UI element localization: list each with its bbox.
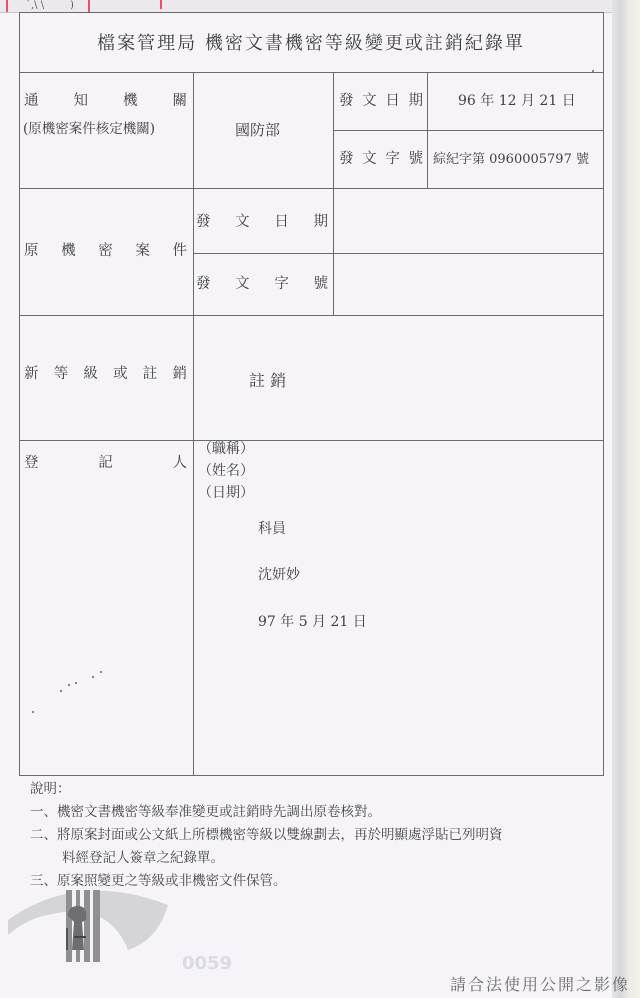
label-char: 號 <box>313 277 328 292</box>
new-level-label: 新 等 級 或 註 銷 <box>24 367 187 382</box>
label-char: 文 <box>235 215 250 230</box>
original-issue-date-label: 發 文 日 期 <box>196 215 328 230</box>
handwriting-fragment: ) <box>70 0 74 11</box>
column-divider <box>193 72 194 776</box>
label-char: 密 <box>98 244 113 259</box>
label-char: 期 <box>313 215 328 230</box>
label-char: 原 <box>24 244 39 259</box>
registrar-field-title-label: （職稱） <box>198 442 254 456</box>
note-item: 二、將原案封面或公文紙上所標機密等級以雙線劃去，再於明顯處浮貼已列明資 <box>30 824 503 847</box>
registrar-title-value: 科員 <box>258 522 286 536</box>
scan-speck <box>75 682 77 684</box>
label-char: 知 <box>74 94 89 109</box>
registrar-field-name-label: （姓名） <box>198 464 254 478</box>
label-char: 發 <box>196 215 211 230</box>
label-char: 級 <box>83 367 98 382</box>
label-char: 關 <box>173 94 188 109</box>
handwriting-fragment: ˋ,\ \ <box>26 0 44 11</box>
label-char: 通 <box>24 94 39 109</box>
label-char: 等 <box>54 367 69 382</box>
column-divider <box>427 72 428 188</box>
scan-speck <box>100 671 102 673</box>
notifying-agency-sublabel: (原機密案件核定機關) <box>23 123 155 137</box>
cell-divider <box>193 253 604 254</box>
label-char: 機 <box>123 94 138 109</box>
label-char: 發 <box>339 152 354 167</box>
row-divider <box>19 188 604 189</box>
red-margin-mark <box>88 0 90 12</box>
row-divider <box>19 440 604 441</box>
label-char: 新 <box>24 367 39 382</box>
registrar-date-value: 97 年 5 月 21 日 <box>258 615 367 629</box>
issue-date-label: 發 文 日 期 <box>339 94 423 109</box>
label-char: 發 <box>339 94 354 109</box>
red-margin-mark <box>160 0 162 9</box>
note-item-continuation: 料經登記人簽章之紀錄單。 <box>30 847 503 870</box>
label-char: 日 <box>385 94 400 109</box>
note-item: 一、機密文書機密等級奉准變更或註銷時先調出原卷核對。 <box>30 801 503 824</box>
column-divider <box>333 72 334 315</box>
original-issue-number-label: 發 文 字 號 <box>196 277 328 292</box>
scan-speck <box>68 684 70 686</box>
label-char: 號 <box>408 152 423 167</box>
scan-speck <box>60 690 62 692</box>
label-char: 文 <box>362 94 377 109</box>
registrar-field-date-label: （日期） <box>198 486 254 500</box>
page-edge-shadow <box>612 0 640 998</box>
table-border-bottom <box>19 775 603 776</box>
row-divider <box>19 72 604 73</box>
label-char: 字 <box>274 277 289 292</box>
notes-heading: 說明： <box>30 778 503 801</box>
notes-section: 說明： 一、機密文書機密等級奉准變更或註銷時先調出原卷核對。 二、將原案封面或公… <box>30 778 503 893</box>
label-char: 件 <box>173 244 188 259</box>
label-char: 記 <box>98 456 113 471</box>
label-char: 文 <box>362 152 377 167</box>
issue-number-value: 綜紀字第 0960005797 號 <box>433 153 589 166</box>
label-char: 或 <box>113 367 128 382</box>
label-char: 人 <box>173 456 188 471</box>
usage-watermark: 請合法使用公開之影像 <box>450 972 630 995</box>
label-char: 註 <box>143 367 158 382</box>
label-char: 字 <box>385 152 400 167</box>
registrar-name-value: 沈妍妙 <box>258 568 300 582</box>
label-char: 機 <box>61 244 76 259</box>
label-char: 銷 <box>172 367 187 382</box>
label-char: 登 <box>24 456 39 471</box>
issue-number-label: 發 文 字 號 <box>339 152 423 167</box>
notifying-agency-label: 通 知 機 關 <box>24 94 187 109</box>
scan-speck <box>592 70 594 72</box>
label-char: 日 <box>274 215 289 230</box>
table-border-left <box>19 12 20 776</box>
label-char: 文 <box>235 277 250 292</box>
original-case-label: 原 機 密 案 件 <box>24 244 187 259</box>
scan-speck <box>92 676 94 678</box>
new-level-value: 註 銷 <box>249 373 286 389</box>
archive-logo-icon <box>8 880 168 980</box>
notifying-agency-value: 國防部 <box>235 123 280 138</box>
red-margin-mark <box>6 0 8 12</box>
label-char: 發 <box>196 277 211 292</box>
registrar-label: 登 記 人 <box>24 456 187 471</box>
label-char: 期 <box>408 94 423 109</box>
row-divider <box>19 315 604 316</box>
faint-page-number: 0059 <box>182 953 232 974</box>
table-border-right <box>603 12 604 776</box>
issue-date-value: 96 年 12 月 21 日 <box>458 94 576 108</box>
cell-divider <box>333 130 604 131</box>
label-char: 案 <box>135 244 150 259</box>
form-title: 檔案管理局 機密文書機密等級變更或註銷紀錄單 <box>19 12 603 72</box>
scan-speck <box>32 711 34 713</box>
